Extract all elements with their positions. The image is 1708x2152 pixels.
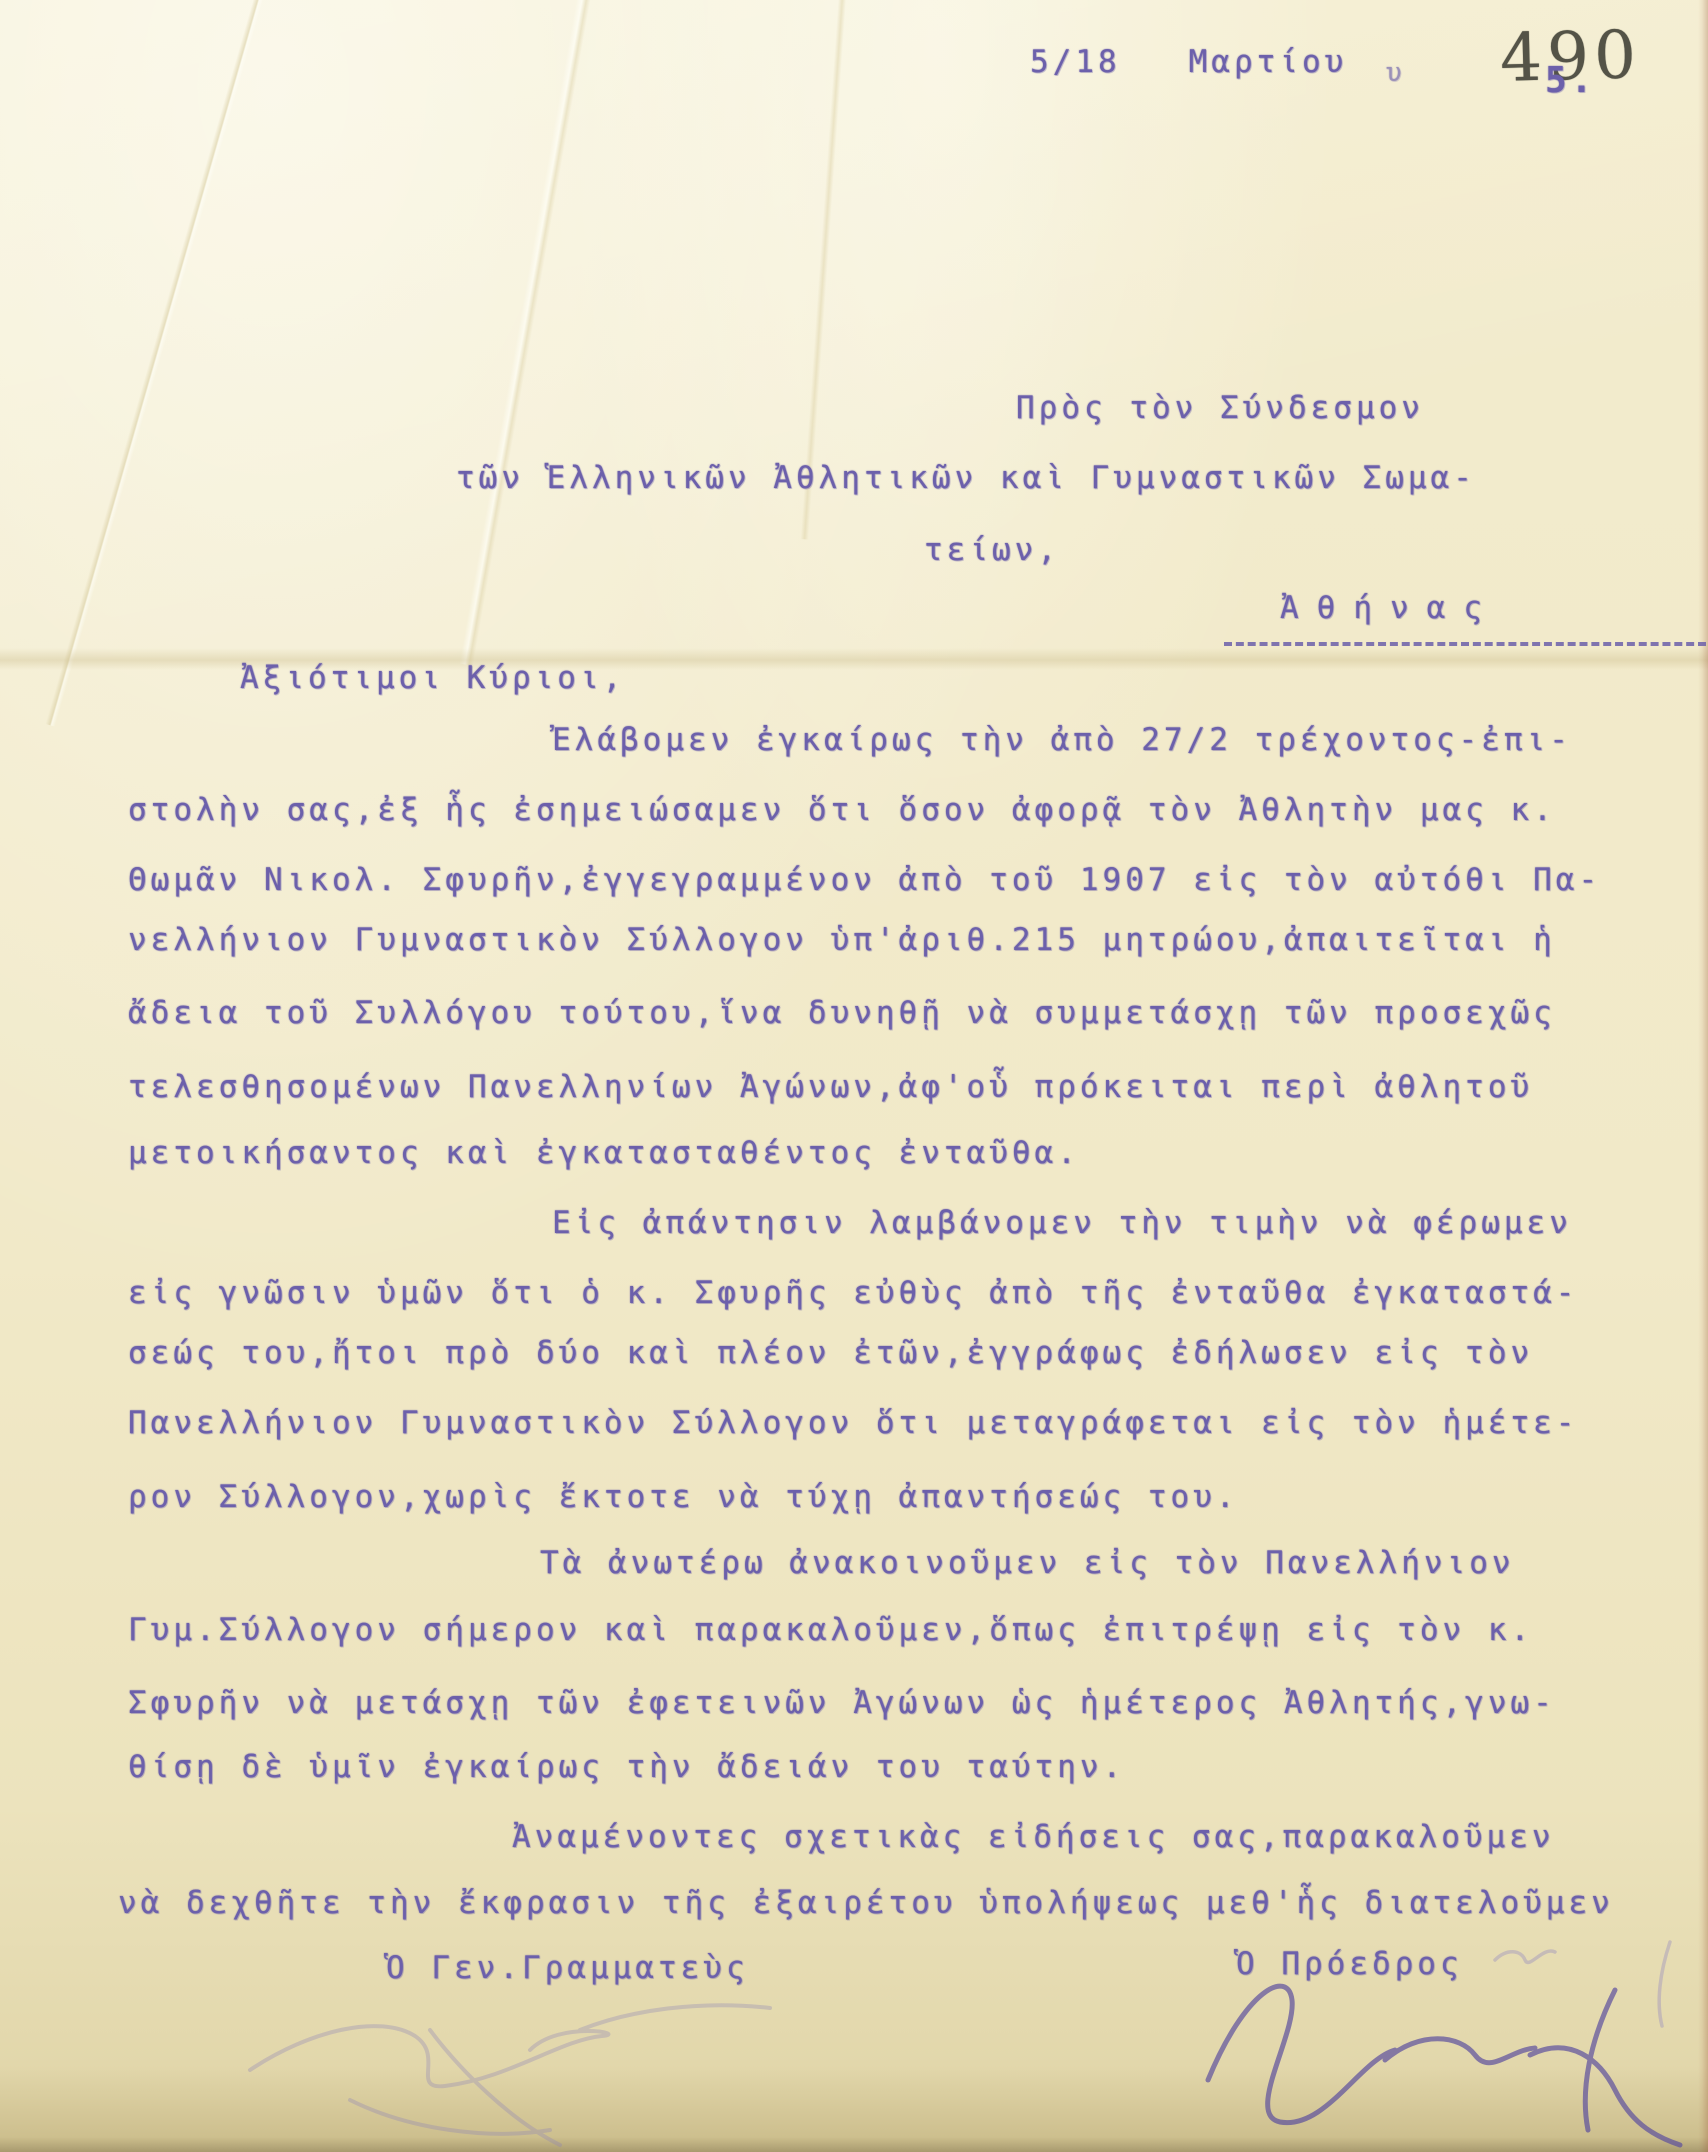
paper-edge [1698,0,1708,2152]
body-line: θίσῃ δὲ ὑμῖν ἐγκαίρως τὴν ἄδειάν του ταύ… [128,1749,1125,1785]
recipient-line: τείων, [924,532,1060,568]
typed-number: 5. [1545,60,1596,101]
recipient-line: Πρὸς τὸν Σύνδεσμον [1016,390,1424,426]
secretary-signature [230,1990,790,2152]
salutation: Ἀξιότιμοι Κύριοι, [240,660,625,696]
body-line: Ἐλάβομεν ἐγκαίρως τὴν ἀπὸ 27/2 τρέχοντος… [552,722,1572,758]
ink-stray-mark: υ [1386,58,1406,88]
president-title: Ὁ Πρόεδρος [1236,1946,1463,1982]
paper-crease [459,0,594,666]
body-line: εἰς γνῶσιν ὑμῶν ὅτι ὁ κ. Σφυρῆς εὐθὺς ἀπ… [128,1275,1578,1311]
date-line: 5/18 Μαρτίου [1030,44,1347,80]
body-line: ἄδεια τοῦ Συλλόγου τούτου,ἵνα δυνηθῇ νὰ … [128,995,1556,1031]
body-line: Σφυρῆν νὰ μετάσχῃ τῶν ἐφετεινῶν Ἀγώνων ὡ… [128,1685,1556,1721]
body-line: μετοικήσαντος καὶ ἐγκατασταθέντος ἐνταῦθ… [128,1135,1080,1171]
secretary-title: Ὁ Γεν.Γραμματεὺς [386,1950,749,1986]
body-line: στολὴν σας,ἐξ ἧς ἐσημειώσαμεν ὅτι ὅσον ἀ… [128,792,1556,828]
letter-page: 490 5. 5/18 Μαρτίου υ Πρὸς τὸν Σύνδεσμον… [0,0,1708,2152]
body-line: νὰ δεχθῆτε τὴν ἔκφρασιν τῆς ἐξαιρέτου ὑπ… [118,1885,1614,1921]
body-line: Ἀναμένοντες σχετικὰς εἰδήσεις σας,παρακα… [512,1819,1555,1855]
body-line: σεώς του,ἤτοι πρὸ δύο καὶ πλέον ἐτῶν,ἐγγ… [128,1335,1533,1371]
body-line: Πανελλήνιον Γυμναστικὸν Σύλλογον ὅτι μετ… [128,1405,1578,1441]
paper-crease [45,0,264,727]
paper-crease [800,0,847,540]
body-line: Θωμᾶν Νικολ. Σφυρῆν,ἐγγεγραμμένον ἀπὸ το… [128,862,1601,898]
city-underline [1224,600,1706,646]
recipient-line: τῶν Ἑλληνικῶν Ἀθλητικῶν καὶ Γυμναστικῶν … [456,460,1476,496]
body-line: ρον Σύλλογον,χωρὶς ἔκτοτε νὰ τύχῃ ἀπαντή… [128,1479,1239,1515]
body-line: τελεσθησομένων Πανελληνίων Ἀγώνων,ἀφ'οὗ … [128,1069,1533,1105]
body-line: Τὰ ἀνωτέρω ἀνακοινοῦμεν εἰς τὸν Πανελλήν… [540,1545,1515,1581]
body-line: Γυμ.Σύλλογον σήμερον καὶ παρακαλοῦμεν,ὅπ… [128,1612,1533,1648]
body-line: Εἰς ἀπάντησιν λαμβάνομεν τὴν τιμὴν νὰ φέ… [552,1205,1572,1241]
body-line: νελλήνιον Γυμναστικὸν Σύλλογον ὑπ'ἀριθ.2… [128,922,1556,958]
